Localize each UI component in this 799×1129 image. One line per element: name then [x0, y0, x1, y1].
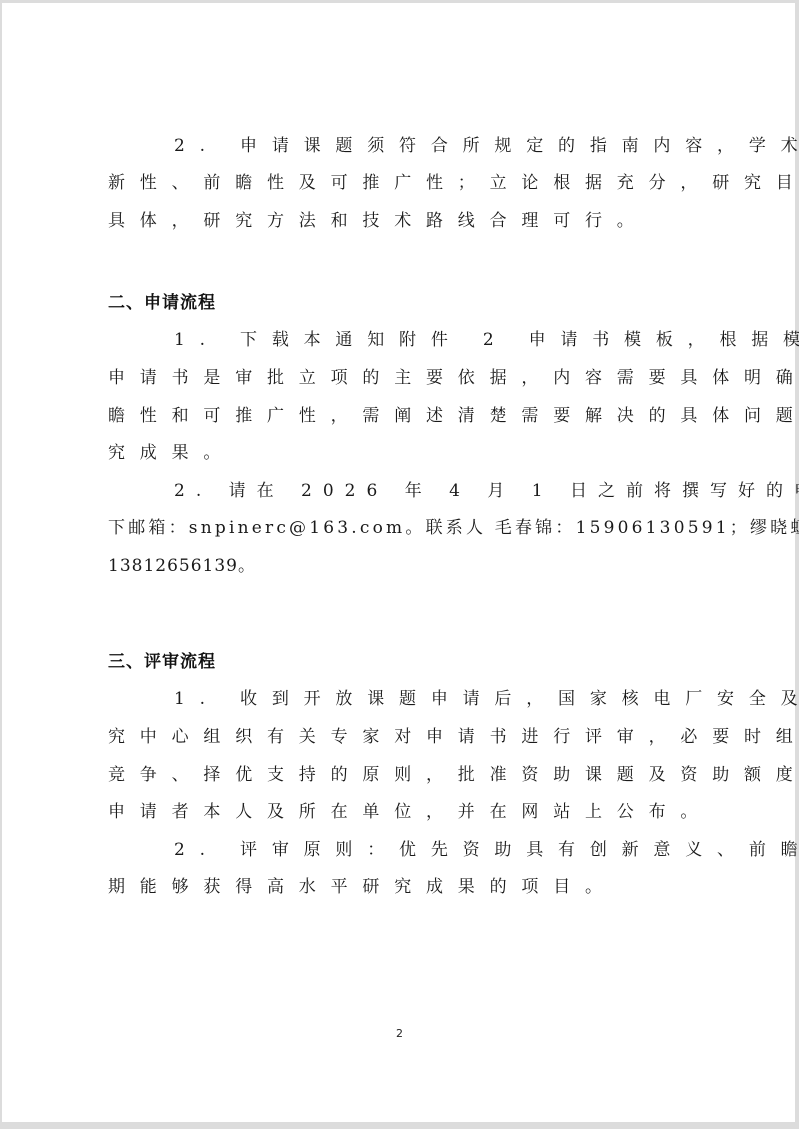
paragraph-line: 新性、前瞻性及可推广性；立论根据充分，研究目标明确，研究内容	[108, 172, 799, 194]
paragraph-line: 1. 下载本通知附件 2 申请书模板，根据模板内容撰写申请书。	[174, 329, 799, 351]
paragraph-line: 2. 申请课题须符合所规定的指南内容，学术思想新颖，具有创	[174, 135, 799, 157]
paragraph-line: 申请书是审批立项的主要依据，内容需要具体明确，体现创新性、前	[108, 367, 799, 389]
paragraph-line: 2. 评审原则：优先资助具有创新意义、前瞻性和可推广性，预	[174, 839, 799, 861]
contact-phone-line: 13812656139。	[108, 555, 256, 577]
paragraph-line: 竞争、择优支持的原则，批准资助课题及资助额度。评审结果将通知	[108, 764, 799, 786]
paragraph-line: 瞻性和可推广性，需阐述清楚需要解决的具体问题及其思路和预期研	[108, 405, 799, 427]
paragraph-line: 究成果。	[108, 442, 235, 464]
paragraph-line: 具体，研究方法和技术路线合理可行。	[108, 210, 649, 232]
section-heading-review-process: 三、评审流程	[108, 651, 216, 673]
page-number: 2	[396, 1027, 403, 1040]
paragraph-line: 期能够获得高水平研究成果的项目。	[108, 876, 617, 898]
paragraph-line: 2. 请在 2026 年 4 月 1 日之前将撰写好的申请书电子文档发至如	[174, 480, 799, 502]
contact-email-line: 下邮箱：snpinerc@163.com。联系人 毛春锦：15906130591…	[108, 517, 799, 539]
document-page: 2. 申请课题须符合所规定的指南内容，学术思想新颖，具有创 新性、前瞻性及可推广…	[2, 3, 795, 1122]
paragraph-line: 申请者本人及所在单位，并在网站上公布。	[108, 801, 712, 823]
paragraph-line: 究中心组织有关专家对申请书进行评审，必要时组织答辩，根据公平	[108, 726, 799, 748]
paragraph-line: 1. 收到开放课题申请后，国家核电厂安全及可靠性工程技术研	[174, 688, 799, 710]
section-heading-application-process: 二、申请流程	[108, 292, 216, 314]
